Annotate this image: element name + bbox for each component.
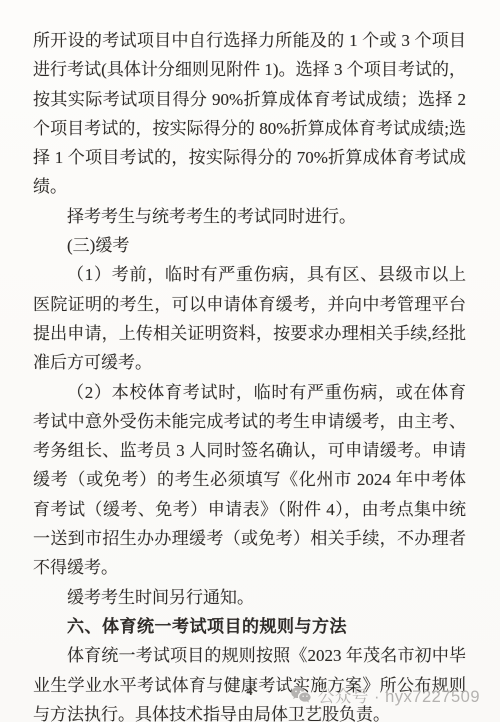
watermark-text: 公众号 · hyx7227509 bbox=[318, 683, 480, 707]
paragraph-exam-item-selection: 所开设的考试项目中自行选择力所能及的 1 个或 3 个项目进行考试(具体计分细则… bbox=[33, 26, 466, 202]
subheading-deferred-exam: (三)缓考 bbox=[33, 231, 466, 260]
paragraph-deferral-during-exam: （2）本校体育考试时，临时有严重伤病，或在体育考试中意外受伤未能完成考试的考生申… bbox=[33, 378, 466, 583]
section-heading-rules-methods: 六、体育统一考试项目的规则与方法 bbox=[33, 612, 466, 641]
document-page: 所开设的考试项目中自行选择力所能及的 1 个或 3 个项目进行考试(具体计分细则… bbox=[0, 0, 500, 722]
paragraph-deferral-notice: 缓考考生时间另行通知。 bbox=[33, 583, 466, 612]
paragraph-simultaneous-exam: 择考考生与统考考生的考试同时进行。 bbox=[33, 202, 466, 231]
page-footer: 4 公众号 · hyx7227509 bbox=[0, 681, 500, 711]
watermark: 公众号 · hyx7227509 bbox=[290, 683, 480, 707]
document-body: 所开设的考试项目中自行选择力所能及的 1 个或 3 个项目进行考试(具体计分细则… bbox=[33, 26, 466, 722]
paragraph-deferral-before-exam: （1）考前，临时有严重伤病，具有区、县级市以上医院证明的考生，可以申请体育缓考，… bbox=[33, 260, 466, 377]
wechat-icon bbox=[290, 686, 312, 704]
